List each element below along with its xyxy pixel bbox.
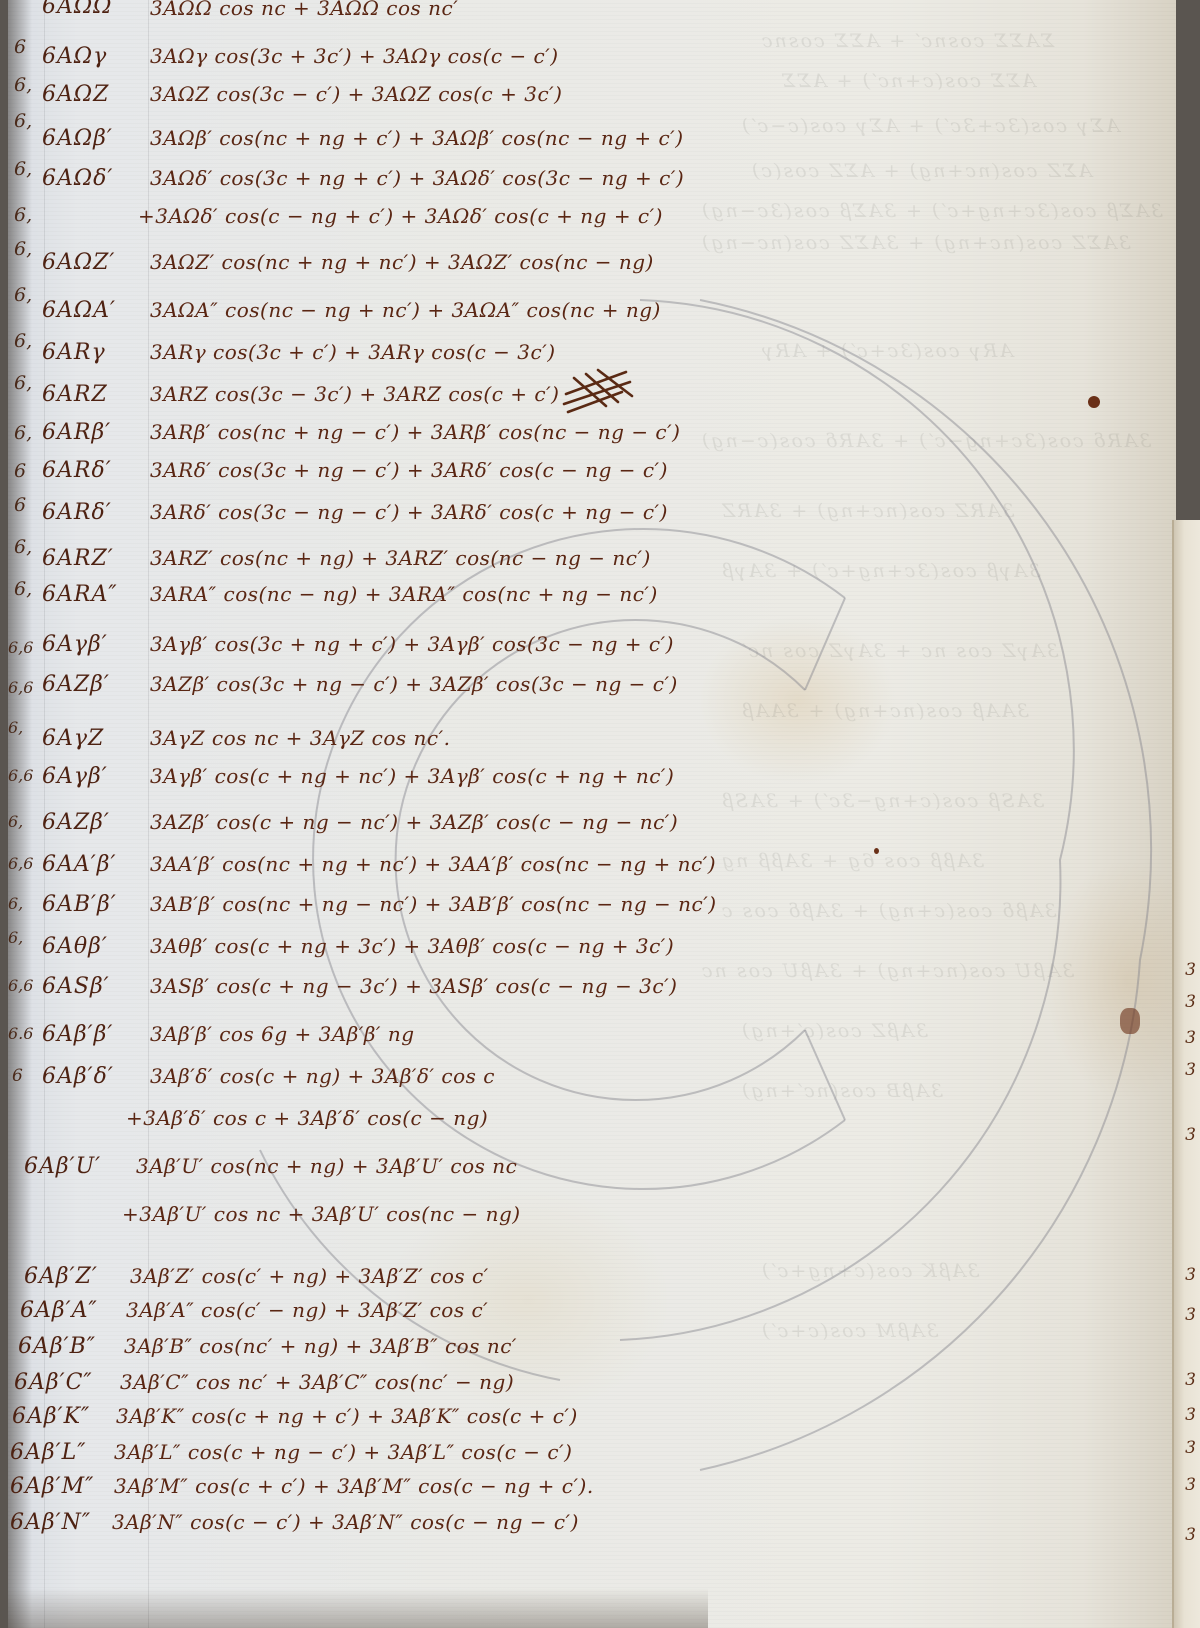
margin-mark: 6, (14, 204, 32, 226)
equation-row: 6 6AΩγ 3AΩγ cos(3c + 3c′) + 3AΩγ cos(c −… (0, 44, 700, 78)
margin-mark: 6, (14, 74, 32, 96)
term-formula: +3AΩδ′ cos(c − ng + c′) + 3AΩδ′ cos(c + … (138, 204, 663, 228)
term-formula: 3ASβ′ cos(c + ng − 3c′) + 3ASβ′ cos(c − … (150, 974, 677, 998)
margin-mark: 6, (8, 894, 23, 913)
term-formula: 3Aθβ′ cos(c + ng + 3c′) + 3Aθβ′ cos(c − … (150, 934, 674, 958)
term-label: 6AΩZ (42, 82, 109, 107)
term-formula: 3Aγβ′ cos(3c + ng + c′) + 3Aγβ′ cos(3c −… (150, 632, 674, 656)
equation-row: 6,6 6Aγβ′ 3Aγβ′ cos(3c + ng + c′) + 3Aγβ… (0, 632, 700, 666)
term-label: 6AA′β′ (42, 852, 116, 877)
term-formula: 3Aγβ′ cos(c + ng + nc′) + 3Aγβ′ cos(c + … (150, 764, 674, 788)
equation-row: 6, 6AγZ 3AγZ cos nc + 3AγZ cos nc′. (0, 726, 700, 760)
ink-speck (874, 848, 879, 854)
term-label: 6AΩγ (42, 44, 107, 69)
margin-mark: 6,6 (8, 976, 33, 995)
margin-mark: 6, (14, 536, 32, 558)
term-formula: 3AA′β′ cos(nc + ng + nc′) + 3AA′β′ cos(n… (150, 852, 716, 876)
term-label: 6ARβ′ (42, 420, 111, 445)
term-formula: 3AΩδ′ cos(3c + ng + c′) + 3AΩδ′ cos(3c −… (150, 166, 684, 190)
equation-row: 6, 6AB′β′ 3AB′β′ cos(nc + ng − nc′) + 3A… (0, 892, 700, 926)
next-page-digit: 3 (1185, 1265, 1196, 1285)
margin-mark: 6,6 (8, 766, 33, 785)
equation-row: 6, +3AΩδ′ cos(c − ng + c′) + 3AΩδ′ cos(c… (0, 204, 700, 238)
equation-row: 6,6 6Aγβ′ 3Aγβ′ cos(c + ng + nc′) + 3Aγβ… (0, 764, 700, 798)
equation-row: 6, 6ARA″ 3ARA″ cos(nc − ng) + 3ARA″ cos(… (0, 582, 700, 616)
term-formula: 3ARδ′ cos(3c + ng − c′) + 3ARδ′ cos(c − … (150, 458, 668, 482)
term-label: 6ARδ′ (42, 500, 112, 525)
margin-mark: 6, (8, 812, 23, 831)
next-page-digit: 3 (1185, 1370, 1196, 1390)
next-page-edge: 3 3 3 3 3 3 3 3 3 3 3 3 (1172, 520, 1200, 1628)
margin-mark: 6, (14, 372, 32, 394)
term-formula: 3Aβ′δ′ cos(c + ng) + 3Aβ′δ′ cos c (150, 1064, 495, 1088)
term-label: 6AγZ (42, 726, 104, 751)
term-formula: 3AZβ′ cos(c + ng − nc′) + 3AZβ′ cos(c − … (150, 810, 678, 834)
term-label: 6Aβ′N″ (10, 1510, 91, 1535)
equation-row: 6, 6AΩA′ 3AΩA″ cos(nc − ng + nc′) + 3AΩA… (0, 298, 700, 332)
term-formula: 3Aβ′N″ cos(c − c′) + 3Aβ′N″ cos(c − ng −… (112, 1510, 579, 1534)
term-formula: +3Aβ′δ′ cos c + 3Aβ′δ′ cos(c − ng) (126, 1106, 488, 1130)
equation-row: 6, 6ARZ 3ARZ cos(3c − 3c′) + 3ARZ cos(c … (0, 382, 700, 416)
term-label: 6Aθβ′ (42, 934, 108, 959)
margin-mark: 6,6 (8, 854, 33, 873)
margin-mark: 6, (14, 110, 32, 132)
margin-mark: 6 (14, 460, 26, 482)
term-formula: 3AΩβ′ cos(nc + ng + c′) + 3AΩβ′ cos(nc −… (150, 126, 684, 150)
term-label: 6Aβ′A″ (20, 1298, 98, 1323)
term-label: 6Aβ′L″ (10, 1440, 86, 1465)
term-label: 6Aβ′U′ (24, 1154, 101, 1179)
equation-row: 6 6ARδ′ 3ARδ′ cos(3c − ng − c′) + 3ARδ′ … (0, 500, 700, 534)
equation-row: 6, 6ARZ′ 3ARZ′ cos(nc + ng) + 3ARZ′ cos(… (0, 546, 700, 580)
term-formula: 3AΩZ cos(3c − c′) + 3AΩZ cos(c + 3c′) (150, 82, 562, 106)
margin-mark: 6.6 (8, 1024, 33, 1043)
margin-mark: 6, (14, 422, 32, 444)
margin-mark: 6,6 (8, 678, 33, 697)
term-label: 6Aγβ′ (42, 764, 108, 789)
margin-mark: 6, (14, 330, 32, 352)
margin-mark: 6, (14, 238, 32, 260)
next-page-digit: 3 (1185, 960, 1196, 980)
term-label: 6AB′β′ (42, 892, 117, 917)
equation-row: 6Aβ′U′ 3Aβ′U′ cos(nc + ng) + 3Aβ′U′ cos … (0, 1154, 700, 1188)
term-formula: 3ARZ′ cos(nc + ng) + 3ARZ′ cos(nc − ng −… (150, 546, 651, 570)
term-formula: 3ARβ′ cos(nc + ng − c′) + 3ARβ′ cos(nc −… (150, 420, 680, 444)
margin-mark: 6, (8, 718, 23, 737)
term-formula: 3ARZ cos(3c − 3c′) + 3ARZ cos(c + c′) (150, 382, 559, 406)
term-label: 6Aβ′β′ (42, 1022, 113, 1047)
term-label: 6Aγβ′ (42, 632, 108, 657)
equation-row: 6Aβ′N″ 3Aβ′N″ cos(c − c′) + 3Aβ′N″ cos(c… (0, 1510, 700, 1544)
next-page-digit: 3 (1185, 992, 1196, 1012)
term-label: 6ASβ′ (42, 974, 110, 999)
term-label: 6Aβ′B″ (18, 1334, 96, 1359)
next-page-digit: 3 (1185, 1125, 1196, 1145)
term-label: 6ARZ′ (42, 546, 114, 571)
term-label: 6AΩΩ (42, 0, 112, 19)
term-label: 6Aβ′K″ (12, 1404, 90, 1429)
term-formula: 3AΩZ′ cos(nc + ng + nc′) + 3AΩZ′ cos(nc … (150, 250, 654, 274)
term-label: 6Aβ′Z′ (24, 1264, 98, 1289)
equation-row: 6AΩΩ 3AΩΩ cos nc + 3AΩΩ cos nc′ (0, 0, 700, 34)
next-page-digit: 3 (1185, 1475, 1196, 1495)
margin-mark: 6, (14, 158, 32, 180)
next-page-digit: 3 (1185, 1405, 1196, 1425)
term-formula: 3AΩγ cos(3c + 3c′) + 3AΩγ cos(c − c′) (150, 44, 559, 68)
equation-row: 6Aβ′L″ 3Aβ′L″ cos(c + ng − c′) + 3Aβ′L″ … (0, 1440, 700, 1474)
equation-row: 6,6 6AA′β′ 3AA′β′ cos(nc + ng + nc′) + 3… (0, 852, 700, 886)
next-page-digit: 3 (1185, 1305, 1196, 1325)
term-formula: +3Aβ′U′ cos nc + 3Aβ′U′ cos(nc − ng) (122, 1202, 521, 1226)
term-formula: 3AΩA″ cos(nc − ng + nc′) + 3AΩA″ cos(nc … (150, 298, 661, 322)
term-label: 6ARδ′ (42, 458, 112, 483)
term-formula: 3Aβ′U′ cos(nc + ng) + 3Aβ′U′ cos nc (136, 1154, 517, 1178)
next-page-digit: 3 (1185, 1438, 1196, 1458)
term-formula: 3ARA″ cos(nc − ng) + 3ARA″ cos(nc + ng −… (150, 582, 658, 606)
equation-row: 6Aβ′M″ 3Aβ′M″ cos(c + c′) + 3Aβ′M″ cos(c… (0, 1474, 700, 1508)
equation-row: 6, 6ARγ 3ARγ cos(3c + c′) + 3ARγ cos(c −… (0, 340, 700, 374)
equation-row: 6, 6AΩδ′ 3AΩδ′ cos(3c + ng + c′) + 3AΩδ′… (0, 166, 700, 200)
term-label: 6AΩβ′ (42, 126, 113, 151)
margin-mark: 6 (12, 1066, 23, 1086)
next-page-digit: 3 (1185, 1525, 1196, 1545)
equation-row: +3Aβ′δ′ cos c + 3Aβ′δ′ cos(c − ng) (0, 1106, 700, 1140)
term-formula: 3AγZ cos nc + 3AγZ cos nc′. (150, 726, 451, 750)
equation-row: 6,6 6ASβ′ 3ASβ′ cos(c + ng − 3c′) + 3ASβ… (0, 974, 700, 1008)
equation-row: 6Aβ′Z′ 3Aβ′Z′ cos(c′ + ng) + 3Aβ′Z′ cos … (0, 1264, 700, 1298)
margin-mark: 6,6 (8, 638, 33, 657)
term-formula: 3AZβ′ cos(3c + ng − c′) + 3AZβ′ cos(3c −… (150, 672, 678, 696)
term-label: 6AΩA′ (42, 298, 116, 323)
equation-row: +3Aβ′U′ cos nc + 3Aβ′U′ cos(nc − ng) (0, 1202, 700, 1236)
term-label: 6Aβ′M″ (10, 1474, 94, 1499)
equation-row: 6, 6AΩZ′ 3AΩZ′ cos(nc + ng + nc′) + 3AΩZ… (0, 250, 700, 284)
term-label: 6ARA″ (42, 582, 118, 607)
equation-row: 6, 6AΩZ 3AΩZ cos(3c − c′) + 3AΩZ cos(c +… (0, 82, 700, 116)
equation-row: 6Aβ′B″ 3Aβ′B″ cos(nc′ + ng) + 3Aβ′B″ cos… (0, 1334, 700, 1368)
term-formula: 3Aβ′Z′ cos(c′ + ng) + 3Aβ′Z′ cos c′ (130, 1264, 489, 1288)
term-label: 6ARγ (42, 340, 106, 365)
term-formula: 3AB′β′ cos(nc + ng − nc′) + 3AB′β′ cos(n… (150, 892, 717, 916)
equation-row: 6, 6AZβ′ 3AZβ′ cos(c + ng − nc′) + 3AZβ′… (0, 810, 700, 844)
margin-mark: 6, (14, 284, 32, 306)
equation-row: 6,6 6AZβ′ 3AZβ′ cos(3c + ng − c′) + 3AZβ… (0, 672, 700, 706)
term-formula: 3ARγ cos(3c + c′) + 3ARγ cos(c − 3c′) (150, 340, 556, 364)
equation-row: 6 6Aβ′δ′ 3Aβ′δ′ cos(c + ng) + 3Aβ′δ′ cos… (0, 1064, 700, 1098)
next-page-digit: 3 (1185, 1060, 1196, 1080)
term-label: 6Aβ′δ′ (42, 1064, 114, 1089)
equation-row: 6, 6AΩβ′ 3AΩβ′ cos(nc + ng + c′) + 3AΩβ′… (0, 126, 700, 160)
rust-stain (1120, 1008, 1140, 1034)
term-formula: 3Aβ′C″ cos nc′ + 3Aβ′C″ cos(nc′ − ng) (120, 1370, 514, 1394)
term-formula: 3Aβ′L″ cos(c + ng − c′) + 3Aβ′L″ cos(c −… (114, 1440, 572, 1464)
term-label: 6AΩδ′ (42, 166, 113, 191)
term-label: 6ARZ (42, 382, 108, 407)
term-formula: 3Aβ′K″ cos(c + ng + c′) + 3Aβ′K″ cos(c +… (116, 1404, 578, 1428)
equation-row: 6, 6ARβ′ 3ARβ′ cos(nc + ng − c′) + 3ARβ′… (0, 420, 700, 454)
equation-row: 6Aβ′C″ 3Aβ′C″ cos nc′ + 3Aβ′C″ cos(nc′ −… (0, 1370, 700, 1404)
equation-row: 6.6 6Aβ′β′ 3Aβ′β′ cos 6g + 3Aβ′β′ ng (0, 1022, 700, 1056)
equation-row: 6, 6Aθβ′ 3Aθβ′ cos(c + ng + 3c′) + 3Aθβ′… (0, 934, 700, 968)
margin-mark: 6, (8, 928, 23, 947)
page-bottom-edge (8, 1588, 708, 1628)
margin-mark: 6, (14, 578, 32, 600)
term-formula: 3ARδ′ cos(3c − ng − c′) + 3ARδ′ cos(c + … (150, 500, 668, 524)
term-formula: 3AΩΩ cos nc + 3AΩΩ cos nc′ (150, 0, 458, 20)
term-formula: 3Aβ′β′ cos 6g + 3Aβ′β′ ng (150, 1022, 415, 1046)
next-page-digit: 3 (1185, 1028, 1196, 1048)
margin-mark: 6 (14, 494, 26, 516)
term-label: 6AZβ′ (42, 672, 110, 697)
term-label: 6AZβ′ (42, 810, 110, 835)
term-formula: 3Aβ′B″ cos(nc′ + ng) + 3Aβ′B″ cos nc′ (124, 1334, 517, 1358)
ink-spot (1088, 396, 1100, 408)
equation-row: 6Aβ′K″ 3Aβ′K″ cos(c + ng + c′) + 3Aβ′K″ … (0, 1404, 700, 1438)
equation-row: 6Aβ′A″ 3Aβ′A″ cos(c′ − ng) + 3Aβ′Z′ cos … (0, 1298, 700, 1332)
term-formula: 3Aβ′M″ cos(c + c′) + 3Aβ′M″ cos(c − ng +… (114, 1474, 594, 1498)
term-label: 6AΩZ′ (42, 250, 115, 275)
margin-mark: 6 (14, 36, 26, 58)
equation-row: 6 6ARδ′ 3ARδ′ cos(3c + ng − c′) + 3ARδ′ … (0, 458, 700, 492)
term-label: 6Aβ′C″ (14, 1370, 93, 1395)
term-formula: 3Aβ′A″ cos(c′ − ng) + 3Aβ′Z′ cos c′ (126, 1298, 488, 1322)
